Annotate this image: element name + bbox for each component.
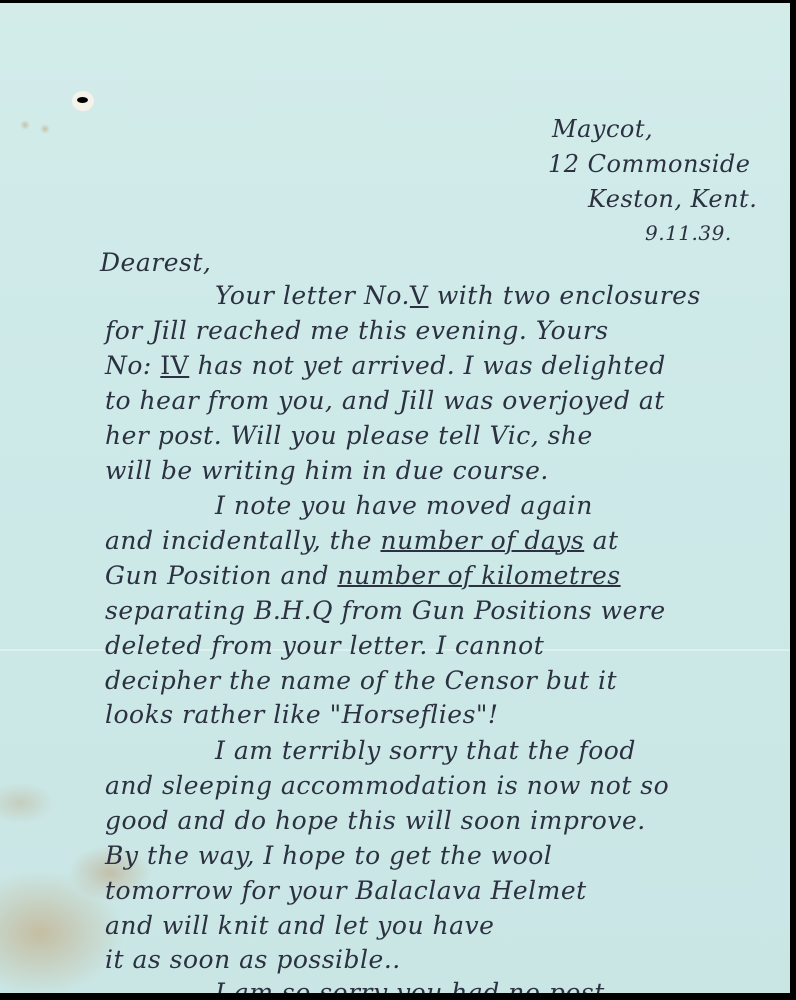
address-line-1: Maycot, [552, 115, 653, 143]
body-line: to hear from you, and Jill was overjoyed… [105, 386, 665, 415]
body-line: will be writing him in due course. [105, 456, 549, 485]
body-line: Gun Position and number of kilometres [105, 561, 621, 590]
body-line: decipher the name of the Censor but it [105, 666, 617, 695]
text-fragment: and incidentally, the [105, 526, 380, 555]
body-line: deleted from your letter. I cannot [105, 631, 544, 660]
text-fragment: at [584, 526, 618, 555]
body-line: and will knit and let you have [105, 911, 494, 940]
body-line: I am terribly sorry that the food [215, 736, 636, 765]
body-line: her post. Will you please tell Vic, she [105, 421, 593, 450]
text-fragment: Your letter No. [215, 281, 410, 310]
roman-numeral: V [410, 281, 429, 310]
text-fragment: Gun Position and [105, 561, 337, 590]
punch-hole [72, 91, 94, 111]
address-line-3: Keston, Kent. [588, 185, 757, 213]
body-line: and incidentally, the number of days at [105, 526, 619, 555]
roman-numeral: IV [160, 351, 189, 380]
text-fragment: with two enclosures [428, 281, 700, 310]
letter-page: Maycot, 12 Commonside Keston, Kent. 9.11… [0, 3, 790, 993]
body-line: I note you have moved again [215, 491, 593, 520]
underlined-text: number of kilometres [337, 561, 620, 590]
body-line: I am so sorry you had no post [215, 978, 605, 993]
body-line: By the way, I hope to get the wool [105, 841, 552, 870]
body-line: separating B.H.Q from Gun Positions were [105, 596, 666, 625]
text-fragment: No: [105, 351, 160, 380]
body-line: it as soon as possible.. [105, 945, 401, 974]
body-line: No: IV has not yet arrived. I was deligh… [105, 351, 666, 380]
salutation: Dearest, [100, 248, 211, 277]
body-line: good and do hope this will soon improve. [105, 806, 646, 835]
text-fragment: has not yet arrived. I was delighted [189, 351, 666, 380]
address-line-2: 12 Commonside [548, 150, 750, 178]
letter-date: 9.11.39. [645, 221, 732, 245]
body-line: Your letter No.V with two enclosures [215, 281, 701, 310]
body-line: for Jill reached me this evening. Yours [105, 316, 609, 345]
body-line: looks rather like "Horseflies"! [105, 700, 498, 729]
underlined-text: number of days [380, 526, 584, 555]
body-line: and sleeping accommodation is now not so [105, 771, 669, 800]
body-line: tomorrow for your Balaclava Helmet [105, 876, 587, 905]
